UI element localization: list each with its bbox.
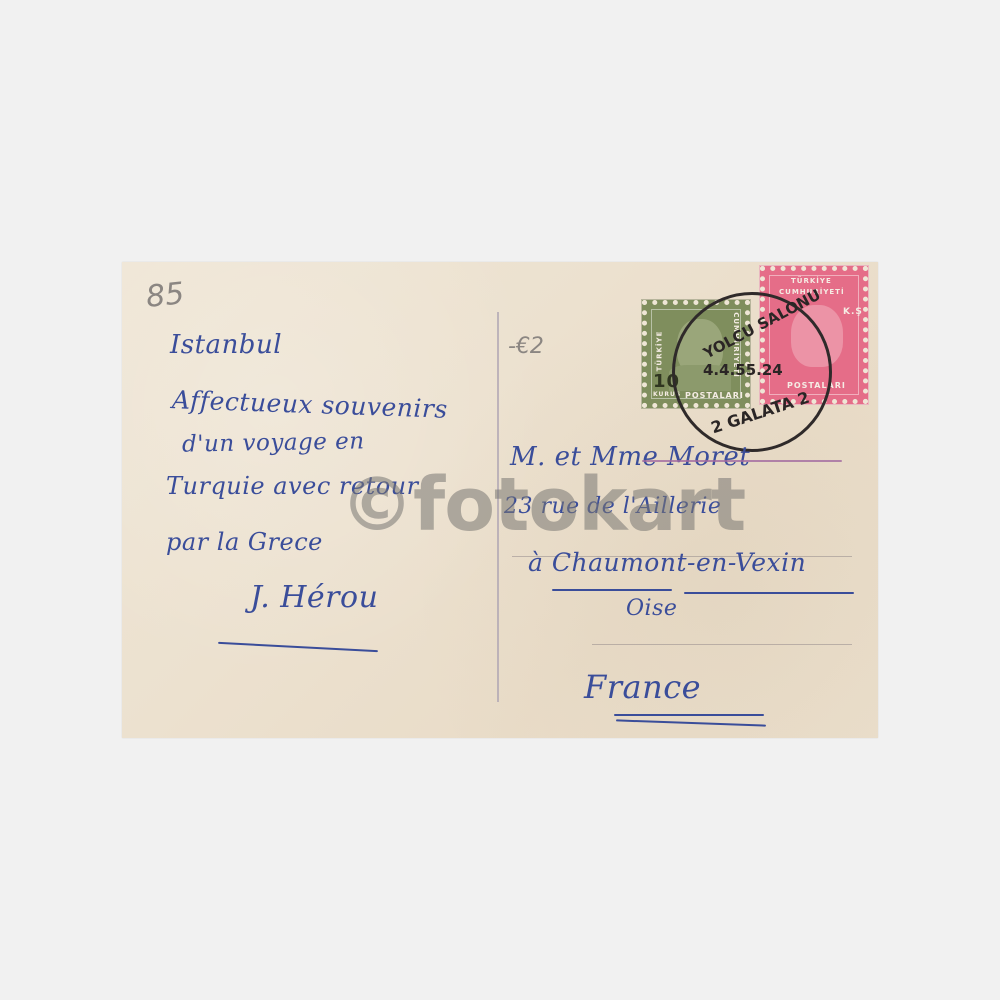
watermark: ©fotokart (340, 462, 745, 548)
message-place: Istanbul (170, 330, 282, 360)
stamp-unit: K.Ş (843, 307, 863, 317)
postmark-circle: YOLCU SALONU 4.4.55.24 2 GALATA 2 (672, 292, 832, 452)
country-underline-2 (616, 719, 766, 726)
pencil-number: 85 (144, 276, 186, 315)
postmark-date: 4.4.55.24 (703, 361, 783, 379)
postmark-top-text: YOLCU SALONU (700, 286, 823, 363)
address-city: à Chaumont-en-Vexin (528, 548, 806, 577)
message-line-2: d'un voyage en (182, 428, 365, 457)
signature-underline (218, 642, 378, 652)
address-department: Oise (626, 596, 677, 621)
city-underline-2 (684, 592, 854, 594)
signature: J. Hérou (250, 580, 378, 615)
message-line-4: par la Grece (166, 528, 323, 556)
message-line-1: Affectueux souvenirs (172, 385, 449, 424)
stamp-country-text: TÜRKİYE (655, 331, 663, 372)
stamp-country-text: TÜRKİYE (791, 277, 832, 285)
postmark-bottom-text: 2 GALATA 2 (709, 388, 812, 438)
address-country: France (584, 668, 701, 706)
pencil-price: -€2 (508, 334, 544, 359)
country-underline (614, 714, 764, 716)
city-underline (552, 589, 672, 591)
